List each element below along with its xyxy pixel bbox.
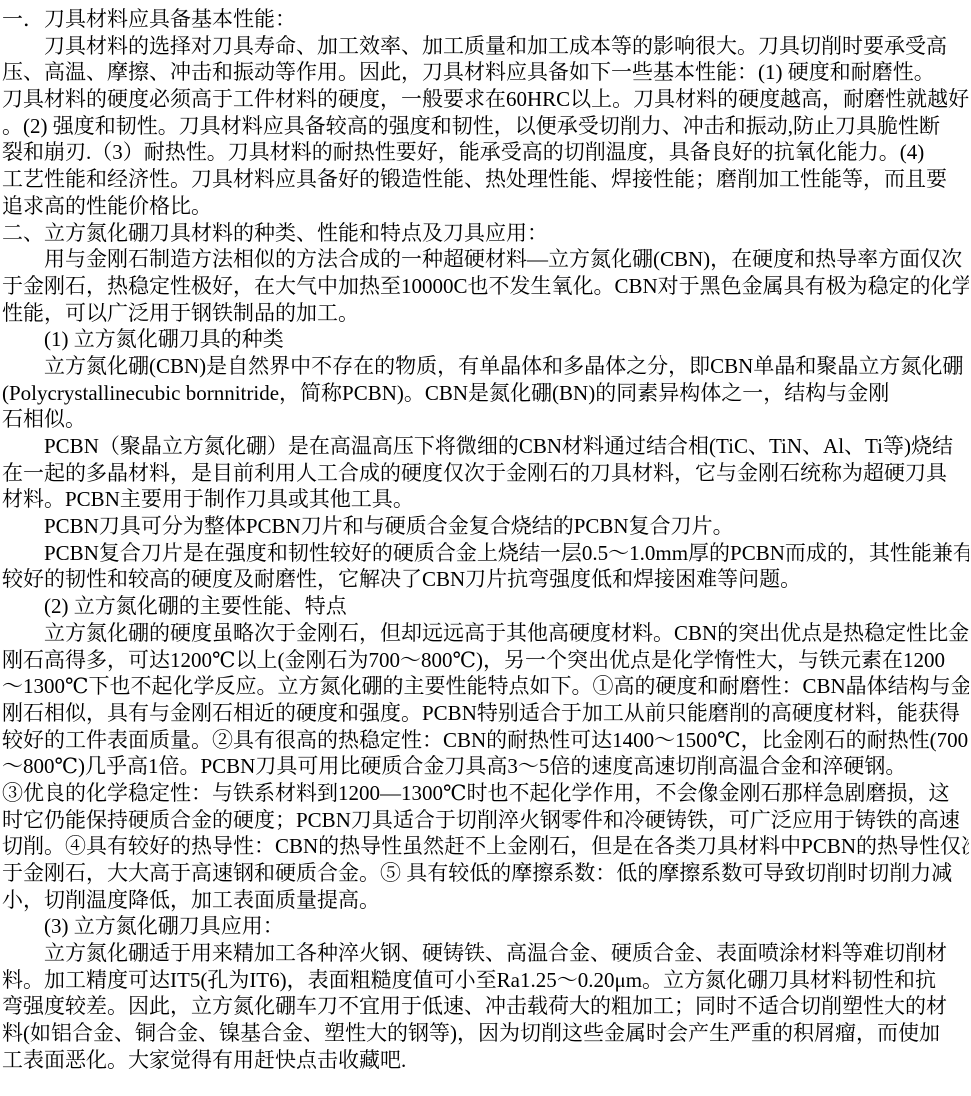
text-line: 工表面恶化。大家觉得有用赶快点击收藏吧. [2, 1047, 969, 1074]
text-line: 石相似。 [2, 406, 969, 433]
document-text: 一．刀具材料应具备基本性能： 刀具材料的选择对刀具寿命、加工效率、加工质量和加工… [2, 6, 969, 1074]
text-line: 于金刚石，热稳定性极好，在大气中加热至10000C也不发生氧化。CBN对于黑色金… [2, 273, 969, 300]
text-line: 压、高温、摩擦、冲击和振动等作用。因此，刀具材料应具备如下一些基本性能：(1) … [2, 59, 969, 86]
text-line: PCBN（聚晶立方氮化硼）是在高温高压下将微细的CBN材料通过结合相(TiC、T… [2, 433, 969, 460]
text-line: 立方氮化硼的硬度虽略次于金刚石，但却远远高于其他高硬度材料。CBN的突出优点是热… [2, 620, 969, 647]
text-line: 一．刀具材料应具备基本性能： [2, 6, 969, 33]
text-line: ～800℃)几乎高1倍。PCBN刀具可用比硬质合金刀具高3～5倍的速度高速切削高… [2, 753, 969, 780]
text-line: 立方氮化硼(CBN)是自然界中不存在的物质，有单晶体和多晶体之分，即CBN单晶和… [2, 353, 969, 380]
text-line: (1) 立方氮化硼刀具的种类 [2, 326, 969, 353]
text-line: 刀具材料的硬度必须高于工件材料的硬度，一般要求在60HRC以上。刀具材料的硬度越… [2, 86, 969, 113]
text-line: ～1300℃下也不起化学反应。立方氮化硼的主要性能特点如下。①高的硬度和耐磨性：… [2, 673, 969, 700]
text-line: 在一起的多晶材料，是目前利用人工合成的硬度仅次于金刚石的刀具材料，它与金刚石统称… [2, 460, 969, 487]
text-line: 二、立方氮化硼刀具材料的种类、性能和特点及刀具应用： [2, 220, 969, 247]
text-line: 材料。PCBN主要用于制作刀具或其他工具。 [2, 486, 969, 513]
text-line: 立方氮化硼适于用来精加工各种淬火钢、硬铸铁、高温合金、硬质合金、表面喷涂材料等难… [2, 940, 969, 967]
text-line: 较好的工件表面质量。②具有很高的热稳定性：CBN的耐热性可达1400～1500℃… [2, 727, 969, 754]
text-line: 时它仍能保持硬质合金的硬度；PCBN刀具适合于切削淬火钢零件和冷硬铸铁，可广泛应… [2, 807, 969, 834]
text-line: 。(2) 强度和韧性。刀具材料应具备较高的强度和韧性，以便承受切削力、冲击和振动… [2, 113, 969, 140]
text-line: (3) 立方氮化硼刀具应用： [2, 913, 969, 940]
text-line: 刀具材料的选择对刀具寿命、加工效率、加工质量和加工成本等的影响很大。刀具切削时要… [2, 33, 969, 60]
text-line: 裂和崩刃.（3）耐热性。刀具材料的耐热性要好，能承受高的切削温度，具备良好的抗氧… [2, 139, 969, 166]
text-line: 于金刚石，大大高于高速钢和硬质合金。⑤ 具有较低的摩擦系数：低的摩擦系数可导致切… [2, 860, 969, 887]
text-line: (2) 立方氮化硼的主要性能、特点 [2, 593, 969, 620]
text-line: 刚石高得多，可达1200℃以上(金刚石为700～800℃)，另一个突出优点是化学… [2, 647, 969, 674]
text-line: 工艺性能和经济性。刀具材料应具备好的锻造性能、热处理性能、焊接性能；磨削加工性能… [2, 166, 969, 193]
text-line: 较好的韧性和较高的硬度及耐磨性，它解决了CBN刀片抗弯强度低和焊接困难等问题。 [2, 566, 969, 593]
text-line: PCBN刀具可分为整体PCBN刀片和与硬质合金复合烧结的PCBN复合刀片。 [2, 513, 969, 540]
text-line: 弯强度较差。因此，立方氮化硼车刀不宜用于低速、冲击载荷大的粗加工；同时不适合切削… [2, 993, 969, 1020]
text-line: 追求高的性能价格比。 [2, 193, 969, 220]
text-line: 用与金刚石制造方法相似的方法合成的一种超硬材料—立方氮化硼(CBN)，在硬度和热… [2, 246, 969, 273]
text-line: 性能，可以广泛用于钢铁制品的加工。 [2, 300, 969, 327]
text-line: (Polycrystallinecubic bornnitride，简称PCBN… [2, 380, 969, 407]
text-line: PCBN复合刀片是在强度和韧性较好的硬质合金上烧结一层0.5～1.0mm厚的PC… [2, 540, 969, 567]
text-line: 料(如铝合金、铜合金、镍基合金、塑性大的钢等)，因为切削这些金属时会产生严重的积… [2, 1020, 969, 1047]
text-line: 料。加工精度可达IT5(孔为IT6)，表面粗糙度值可小至Ra1.25～0.20μ… [2, 967, 969, 994]
text-line: 刚石相似，具有与金刚石相近的硬度和强度。PCBN特别适合于加工从前只能磨削的高硬… [2, 700, 969, 727]
document-page: 一．刀具材料应具备基本性能： 刀具材料的选择对刀具寿命、加工效率、加工质量和加工… [0, 0, 971, 1096]
text-line: 小，切削温度降低，加工表面质量提高。 [2, 887, 969, 914]
text-line: 切削。④具有较好的热导性：CBN的热导性虽然赶不上金刚石，但是在各类刀具材料中P… [2, 833, 969, 860]
text-line: ③优良的化学稳定性：与铁系材料到1200—1300℃时也不起化学作用，不会像金刚… [2, 780, 969, 807]
